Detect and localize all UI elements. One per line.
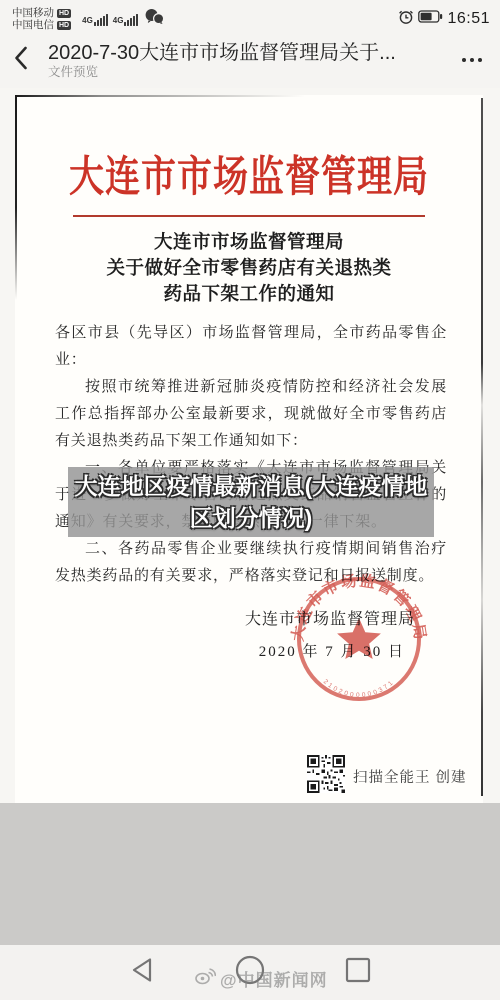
scan-edge-top xyxy=(15,95,305,97)
empty-background-strip xyxy=(0,803,500,945)
seal-serial-number: 2102000000371 xyxy=(322,678,396,699)
status-bar: 中国移动 HD 中国电信 HD 4G 4G xyxy=(0,0,500,36)
alarm-icon xyxy=(398,9,414,30)
signal-icon-2: 4G xyxy=(113,13,139,26)
qr-code-icon xyxy=(307,755,345,798)
triangle-back-icon xyxy=(130,957,154,988)
scanned-document: 大连市市场监督管理局 大连市市场监督管理局 关于做好全市零售药店有关退热类 药品… xyxy=(15,95,483,803)
phone-screen: 中国移动 HD 中国电信 HD 4G 4G xyxy=(0,0,500,1000)
hd-badge-2: HD xyxy=(57,21,71,30)
scanner-credit: 扫描全能王 创建 xyxy=(307,755,467,798)
back-button[interactable] xyxy=(14,45,40,75)
news-headline-overlay: 大连地区疫情最新消息(大连疫情地 区划分情况) xyxy=(68,467,434,537)
salutation: 各区市县（先导区）市场监督管理局，全市药品零售企业： xyxy=(55,320,447,374)
letterhead-rule xyxy=(73,215,425,217)
more-options-button[interactable] xyxy=(460,52,484,68)
document-body: 各区市县（先导区）市场监督管理局，全市药品零售企业： 按照市统筹推进新冠肺炎疫情… xyxy=(15,320,483,590)
wechat-icon xyxy=(145,9,164,29)
document-title: 大连市市场监督管理局 关于做好全市零售药店有关退热类 药品下架工作的通知 xyxy=(15,230,483,308)
signal-icon-1: 4G xyxy=(82,13,108,26)
headline-line-1: 大连地区疫情最新消息(大连疫情地 xyxy=(75,470,428,502)
app-header: 2020-7-30大连市市场监督管理局关于... 文件预览 xyxy=(0,36,500,88)
paragraph-1: 按照市统筹推进新冠肺炎疫情防控和经济社会发展工作总指挥部办公室最新要求，现就做好… xyxy=(55,374,447,455)
svg-text:2102000000371: 2102000000371 xyxy=(322,678,396,699)
document-preview-area[interactable]: 大连市市场监督管理局 大连市市场监督管理局 关于做好全市零售药店有关退热类 药品… xyxy=(0,88,500,803)
weibo-icon xyxy=(194,967,216,990)
carrier-2-name: 中国电信 xyxy=(12,19,54,31)
headline-line-2: 区划分情况) xyxy=(190,502,313,534)
hd-badge-1: HD xyxy=(57,9,71,18)
agency-letterhead: 大连市市场监督管理局 xyxy=(15,153,483,202)
scan-edge-right xyxy=(481,98,483,796)
carrier-labels: 中国移动 HD 中国电信 HD xyxy=(12,7,71,31)
document-title-line: 药品下架工作的通知 xyxy=(15,282,483,308)
document-title-line: 关于做好全市零售药店有关退热类 xyxy=(15,256,483,282)
official-seal: 大连市市场监督管理局 2102000000371 xyxy=(279,567,439,722)
carrier-1-name: 中国移动 xyxy=(12,7,54,19)
page-title: 2020-7-30大连市市场监督管理局关于... xyxy=(48,41,452,65)
nav-back-button[interactable] xyxy=(127,958,157,988)
header-text: 2020-7-30大连市市场监督管理局关于... 文件预览 xyxy=(48,41,452,80)
clock-time: 16:51 xyxy=(447,10,490,28)
qr-caption: 扫描全能王 创建 xyxy=(353,766,467,787)
document-title-line: 大连市市场监督管理局 xyxy=(15,230,483,256)
page-subtitle: 文件预览 xyxy=(48,65,452,80)
battery-icon xyxy=(418,10,443,28)
nav-recents-button[interactable] xyxy=(343,958,373,988)
back-chevron-icon xyxy=(14,46,28,75)
watermark-text: @中国新闻网 xyxy=(220,966,328,991)
square-recents-icon xyxy=(345,957,371,988)
news-watermark: @中国新闻网 xyxy=(194,966,328,991)
